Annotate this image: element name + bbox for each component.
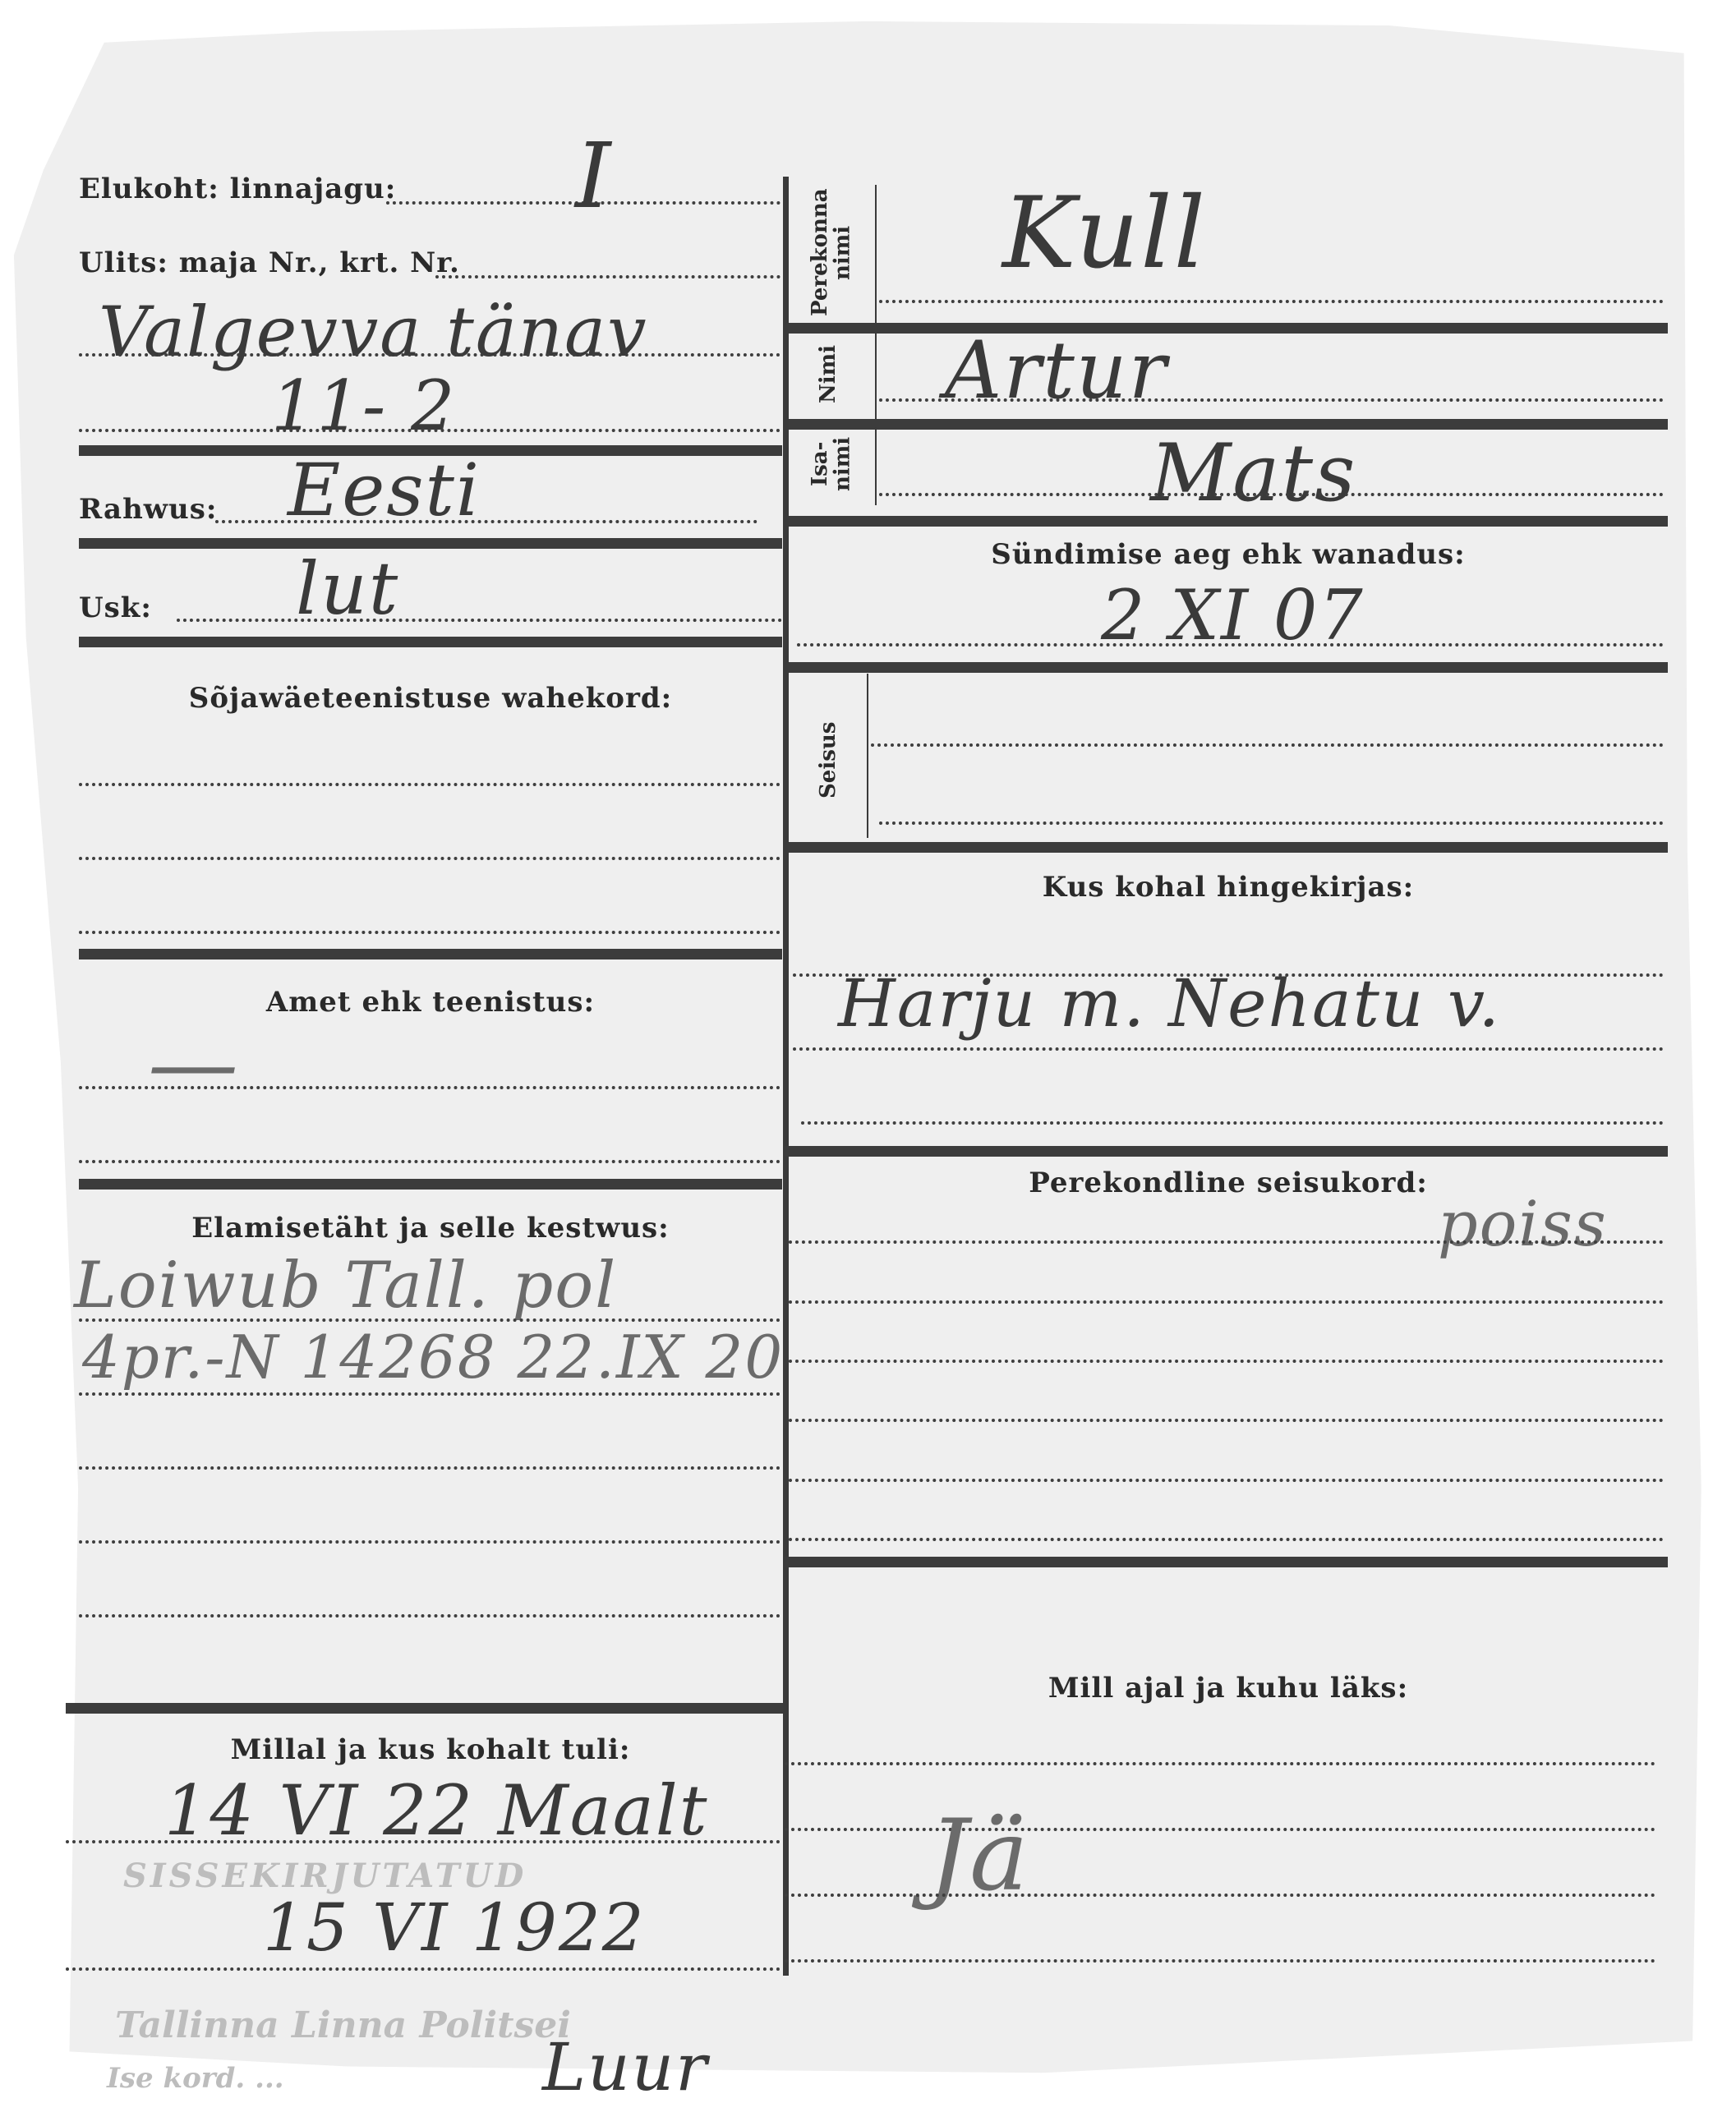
field-permit-line-5[interactable]	[79, 1614, 781, 1618]
label-surname: Perekonna nimi	[809, 185, 875, 320]
field-permit-line-1[interactable]	[79, 1318, 781, 1322]
field-permit-line-4[interactable]	[79, 1540, 781, 1544]
label-first-name: Nimi	[817, 333, 859, 415]
stamp-police: Tallinna Linna Politsei	[115, 2004, 571, 2046]
rule-surname-bottom	[789, 323, 1668, 334]
field-surname-line[interactable]	[879, 300, 1664, 303]
estate-divider	[867, 674, 868, 838]
field-first-name-line[interactable]	[879, 398, 1664, 402]
arrival-signature: Luur	[542, 2029, 708, 2105]
surname-divider	[875, 185, 877, 333]
value-district: I	[575, 123, 612, 228]
label-residence-permit: Elamisetäht ja selle kestwus:	[79, 1212, 782, 1245]
field-arrival-line-2[interactable]	[66, 1967, 781, 1971]
label-district: Elukoht: linnajagu:	[79, 173, 396, 205]
label-arrival: Millal ja kus kohalt tuli:	[79, 1733, 782, 1766]
field-family-line-3[interactable]	[789, 1360, 1664, 1363]
field-departure-line-3[interactable]	[785, 1894, 1655, 1897]
value-nationality: Eesti	[288, 448, 481, 532]
field-military-line-3[interactable]	[79, 931, 781, 934]
rule-military-bottom	[79, 949, 782, 959]
field-family-line-6[interactable]	[789, 1538, 1664, 1541]
value-first-name: Artur	[945, 324, 1168, 416]
label-departure: Mill ajal ja kuhu läks:	[789, 1672, 1668, 1705]
field-family-line-2[interactable]	[789, 1300, 1664, 1304]
field-street-line-3[interactable]	[79, 429, 781, 432]
field-occupation-line-2[interactable]	[79, 1160, 781, 1163]
rule-birth-bottom	[789, 662, 1668, 673]
rule-father-name-bottom	[789, 516, 1668, 527]
value-surname: Kull	[1002, 177, 1207, 291]
value-father-name: Mats	[1150, 427, 1356, 519]
label-street: Ulits: maja Nr., krt. Nr.	[79, 246, 460, 279]
rule-occupation-bottom	[79, 1179, 782, 1190]
stamp-line2: Ise kord. ...	[107, 2062, 284, 2095]
field-family-line-1[interactable]	[789, 1240, 1664, 1244]
label-estate: Seisus	[817, 682, 859, 838]
rule-estate-bottom	[789, 842, 1668, 853]
label-nationality: Rahwus:	[79, 493, 217, 526]
rule-family-bottom	[785, 1557, 1668, 1567]
field-father-name-line[interactable]	[879, 493, 1664, 496]
field-military-line-2[interactable]	[79, 857, 781, 860]
field-birth-line[interactable]	[797, 643, 1664, 647]
field-arrival-line-1[interactable]	[66, 1840, 781, 1843]
value-residence-permit-line2: 4pr.-N 14268 22.IX 20	[82, 1323, 784, 1392]
field-estate-line-1[interactable]	[871, 743, 1664, 747]
value-house-number: 11- 2	[271, 366, 456, 446]
value-family-status: poiss	[1438, 1187, 1608, 1260]
value-arrival-line1: 14 VI 22 Maalt	[164, 1770, 709, 1851]
field-departure-line-1[interactable]	[785, 1762, 1655, 1765]
rule-permit-bottom	[66, 1703, 783, 1714]
father-name-divider	[875, 427, 877, 505]
field-soul-register-line-3[interactable]	[801, 1121, 1664, 1125]
field-military-line-1[interactable]	[79, 783, 781, 786]
first-name-divider	[875, 333, 877, 423]
field-street-line[interactable]	[435, 275, 781, 278]
field-street-line-2[interactable]	[79, 353, 781, 357]
label-father-name: Isa- nimi	[809, 427, 867, 501]
rule-nationality-bottom	[79, 538, 782, 549]
label-military-service: Sõjawäeteenistuse wahekord:	[79, 682, 782, 715]
field-soul-register-line-2[interactable]	[793, 1047, 1664, 1051]
value-arrival-line2: 15 VI 1922	[263, 1889, 646, 1966]
field-departure-line-2[interactable]	[785, 1828, 1655, 1831]
label-religion: Usk:	[79, 591, 152, 624]
label-birth: Sündimise aeg ehk wanadus:	[789, 538, 1668, 571]
center-divider	[783, 177, 789, 1976]
field-occupation-line-1[interactable]	[79, 1086, 781, 1089]
field-permit-line-2[interactable]	[79, 1392, 781, 1396]
field-departure-line-4[interactable]	[785, 1959, 1655, 1963]
label-soul-register: Kus kohal hingekirjas:	[789, 871, 1668, 904]
rule-religion-bottom	[79, 637, 782, 647]
value-occupation: —	[148, 1010, 240, 1116]
value-street: Valgevva tänav	[99, 292, 648, 372]
field-estate-line-2[interactable]	[879, 821, 1664, 825]
field-permit-line-3[interactable]	[79, 1466, 781, 1470]
field-religion-line[interactable]	[177, 619, 782, 622]
value-religion: lut	[296, 546, 399, 631]
value-soul-register: Harju m. Nehatu v.	[838, 965, 1501, 1042]
rule-soul-register-bottom	[785, 1146, 1668, 1157]
field-family-line-4[interactable]	[789, 1419, 1664, 1422]
value-residence-permit-line1: Loiwub Tall. pol	[74, 1249, 617, 1323]
field-family-line-5[interactable]	[789, 1479, 1664, 1482]
